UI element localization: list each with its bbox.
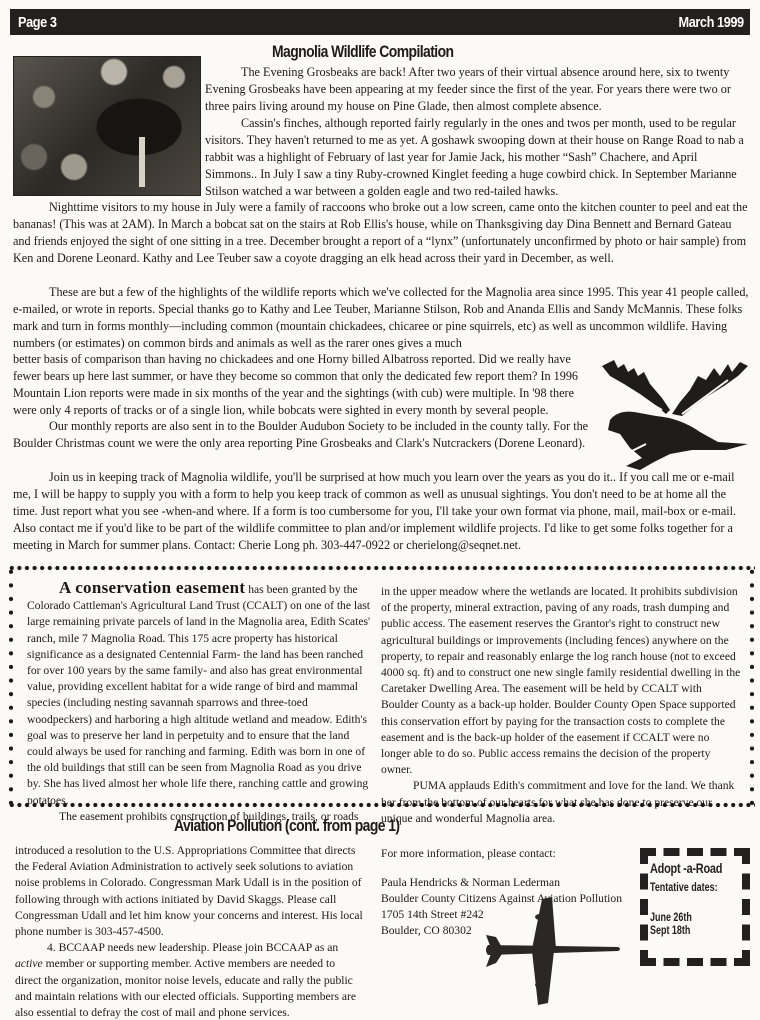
aviation-paragraph-2: 4. BCCAAP needs new leadership. Please j… — [15, 940, 363, 1020]
adopt-a-road-subtitle: Tentative dates: — [650, 882, 718, 894]
page-number: Page 3 — [18, 14, 57, 31]
aviation-left-column: introduced a resolution to the U.S. Appr… — [15, 843, 363, 1020]
adopt-a-road-title: Adopt -a-Road — [650, 860, 722, 876]
airplane-icon — [482, 895, 622, 1007]
bear-photo — [13, 56, 201, 196]
adopt-a-road-date-2: Sept 18th — [650, 925, 722, 938]
easement-left-column: A conservation easement has been granted… — [27, 580, 371, 825]
adopt-a-road-date-1: June 26th — [650, 912, 722, 925]
wildlife-paragraph-7: Join us in keeping track of Magnolia wil… — [13, 469, 750, 554]
eagle-illustration-icon — [600, 358, 750, 470]
easement-right-paragraph-2: PUMA applauds Edith's commitment and lov… — [381, 778, 741, 827]
contact-names: Paula Hendricks & Norman Lederman — [381, 875, 651, 891]
easement-box-border-left — [8, 565, 14, 808]
easement-right-paragraph-1: in the upper meadow where the wetlands a… — [381, 584, 741, 778]
issue-date: March 1999 — [679, 14, 744, 31]
wildlife-paragraph-3: Nighttime visitors to my house in July w… — [13, 199, 750, 267]
easement-box-border-top — [8, 565, 755, 571]
easement-box-border-right — [749, 565, 755, 808]
wildlife-paragraph-6: Our monthly reports are also sent in to … — [13, 418, 598, 452]
page-header-bar: Page 3 March 1999 — [10, 9, 750, 35]
easement-left-paragraph-1: has been granted by the Colorado Cattlem… — [27, 583, 370, 807]
aviation-paragraph-1: introduced a resolution to the U.S. Appr… — [15, 843, 363, 940]
easement-lead-heading: A conservation easement — [59, 578, 245, 597]
wildlife-paragraph-5: better basis of comparison than having n… — [13, 351, 598, 419]
aviation-contact-intro: For more information, please contact: — [381, 846, 641, 862]
wildlife-paragraph-2: Cassin's finches, although reported fair… — [205, 115, 750, 200]
wildlife-paragraph-1: The Evening Grosbeaks are back! After tw… — [205, 64, 750, 115]
adopt-a-road-box: Adopt -a-Road Tentative dates: June 26th… — [640, 848, 750, 966]
aviation-article-title: Aviation Pollution (cont. from page 1) — [174, 816, 400, 836]
wildlife-paragraph-4: These are but a few of the highlights of… — [13, 284, 750, 352]
easement-right-column: in the upper meadow where the wetlands a… — [381, 584, 741, 827]
wildlife-article-title: Magnolia Wildlife Compilation — [272, 42, 453, 62]
